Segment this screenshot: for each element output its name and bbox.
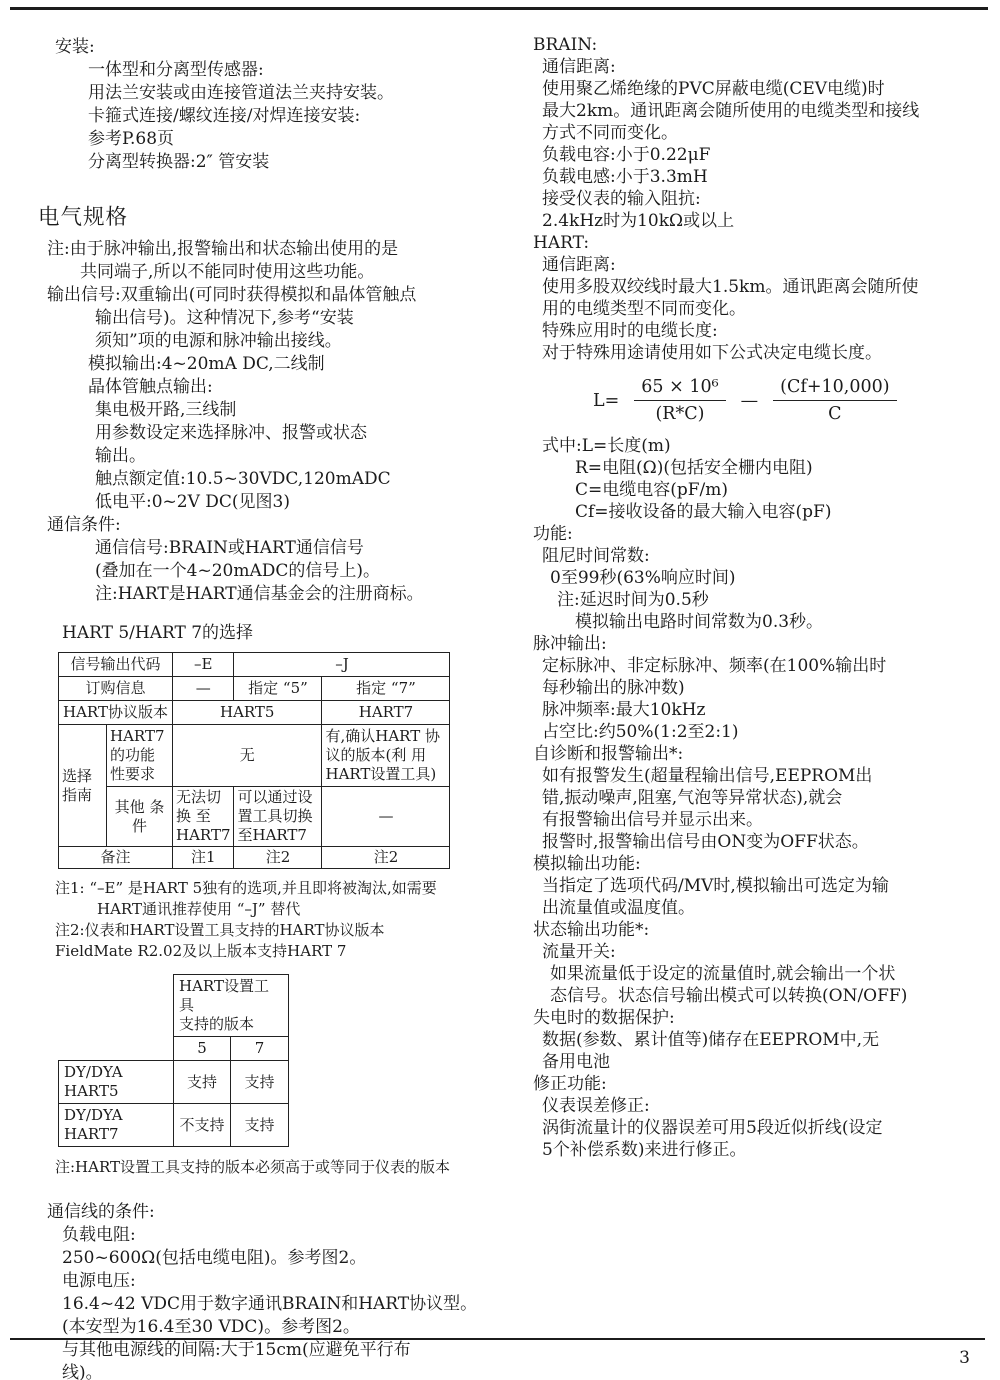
- text-line: 当指定了选项代码/MV时,模拟输出可选定为输: [533, 875, 988, 897]
- text-line: 通信距离:: [533, 254, 988, 276]
- text-line: 如果流量低于设定的流量值时,就会输出一个状: [533, 963, 988, 985]
- table-cell: HART协议版本: [59, 701, 173, 725]
- table-cell: HART7: [322, 701, 450, 725]
- right-column: BRAIN:通信距离:使用聚乙烯绝缘的PVC屏蔽电缆(CEV电缆)时最大2km。…: [533, 34, 988, 1161]
- table-cell: HART7 的功能 性要求: [107, 725, 173, 787]
- text-line: 2.4kHz时为10kΩ或以上: [533, 210, 988, 232]
- text-line: 注:HART是HART通信基金会的注册商标。: [38, 583, 506, 606]
- text-line: 用法兰安装或由连接管道法兰夹持安装。: [38, 82, 506, 105]
- text-line: 低电平:0~2V DC(见图3): [38, 491, 506, 514]
- table-cell: 支持: [231, 1104, 289, 1147]
- document-page: 安装:一体型和分离型传感器:用法兰安装或由连接管道法兰夹持安装。卡箍式连接/螺纹…: [0, 0, 1000, 1380]
- table-cell: DY/DYA HART7: [59, 1104, 174, 1147]
- formula-denominator: (R*C): [655, 401, 704, 424]
- table-cell: 不支持: [174, 1104, 231, 1147]
- table-cell: 指定 “7”: [322, 677, 450, 701]
- text-line: 模拟输出功能:: [533, 853, 988, 875]
- table-cell: 无法切换 至HART7: [173, 787, 234, 847]
- text-line: 有报警输出信号并显示出来。: [533, 809, 988, 831]
- text-line: 分离型转换器:2″ 管安装: [38, 151, 506, 174]
- text-line: 注2:仪表和HART设置工具支持的HART协议版本: [55, 920, 506, 941]
- table-cell: –J: [234, 653, 450, 677]
- text-line: 错,振动噪声,阻塞,气泡等异常状态),就会: [533, 787, 988, 809]
- text-line: 流量开关:: [533, 941, 988, 963]
- text-line: 使用聚乙烯绝缘的PVC屏蔽电缆(CEV电缆)时: [533, 78, 988, 100]
- table-cell: 有,确认HART 协议的版本(利 用HART设置工具): [322, 725, 450, 787]
- text-line: 通信条件:: [38, 514, 506, 537]
- hart-selection-table: 信号输出代码 –E –J 订购信息 — 指定 “5” 指定 “7” HART协议…: [58, 652, 450, 869]
- formula-numerator: (Cf+10,000): [773, 377, 896, 401]
- table-cell: —: [322, 787, 450, 847]
- top-rule: [10, 7, 988, 10]
- table-cell: DY/DYA HART5: [59, 1061, 174, 1104]
- text-line: 触点额定值:10.5~30VDC,120mADC: [38, 468, 506, 491]
- text-line: 晶体管触点输出:: [38, 376, 506, 399]
- table-cell: 选择指南: [59, 725, 107, 847]
- text-line: 自诊断和报警输出*:: [533, 743, 988, 765]
- text-line: Cf=接收设备的最大输入电容(pF): [533, 501, 988, 523]
- text-line: 共同端子,所以不能同时使用这些功能。: [38, 261, 506, 284]
- text-line: 方式不同而变化。: [533, 122, 988, 144]
- text-line: 与其他电源线的间隔:大于15cm(应避免平行布: [38, 1339, 506, 1362]
- cable-length-formula: L= 65 × 10⁶ (R*C) — (Cf+10,000) C: [593, 377, 988, 424]
- text-line: 使用多股双绞线时最大1.5km。通讯距离会随所使: [533, 276, 988, 298]
- table-cell: 备注: [59, 847, 173, 869]
- comm-line-conditions-section: 通信线的条件:负载电阻:250~600Ω(包括电缆电阻)。参考图2。电源电压:1…: [38, 1201, 506, 1380]
- text-line: 模拟输出:4~20mA DC,二线制: [38, 353, 506, 376]
- table-cell: 指定 “5”: [234, 677, 322, 701]
- text-line: 功能:: [533, 523, 988, 545]
- electrical-spec-section: 注:由于脉冲输出,报警输出和状态输出使用的是共同端子,所以不能同时使用这些功能。…: [38, 238, 506, 606]
- text-line: 脉冲输出:: [533, 633, 988, 655]
- table-cell-empty: [59, 1037, 174, 1061]
- text-line: 注1: “–E” 是HART 5独有的选项,并且即将被淘汰,如需要: [55, 878, 506, 899]
- text-line: 定标脉冲、非定标脉冲、频率(在100%输出时: [533, 655, 988, 677]
- text-line: R=电阻(Ω)(包括安全栅内电阻): [533, 457, 988, 479]
- text-line: 通信信号:BRAIN或HART通信信号: [38, 537, 506, 560]
- formula-lhs: L=: [593, 391, 619, 411]
- table-cell: 支持: [174, 1061, 231, 1104]
- table-cell: HART5: [173, 701, 322, 725]
- text-line: 通信距离:: [533, 56, 988, 78]
- table2-note: 注:HART设置工具支持的版本必须高于或等同于仪表的版本: [55, 1156, 506, 1177]
- text-line: (叠加在一个4~20mADC的信号上)。: [38, 560, 506, 583]
- left-column: 安装:一体型和分离型传感器:用法兰安装或由连接管道法兰夹持安装。卡箍式连接/螺纹…: [38, 36, 506, 1380]
- electrical-spec-heading: 电气规格: [38, 200, 506, 231]
- text-line: 脉冲频率:最大10kHz: [533, 699, 988, 721]
- text-line: 线)。: [38, 1362, 506, 1380]
- text-line: 用的电缆类型不同而变化。: [533, 298, 988, 320]
- text-line: 250~600Ω(包括电缆电阻)。参考图2。: [38, 1247, 506, 1270]
- table-header-line: HART设置工具: [179, 977, 283, 1015]
- text-line: 失电时的数据保护:: [533, 1007, 988, 1029]
- text-line: 修正功能:: [533, 1073, 988, 1095]
- formula-fraction-2: (Cf+10,000) C: [773, 377, 896, 424]
- table-cell: 其他 条件: [107, 787, 173, 847]
- text-line: 注:由于脉冲输出,报警输出和状态输出使用的是: [38, 238, 506, 261]
- text-line: 对于特殊用途请使用如下公式决定电缆长度。: [533, 342, 988, 364]
- text-line: FieldMate R2.02及以上版本支持HART 7: [55, 941, 506, 962]
- table-cell: 支持: [231, 1061, 289, 1104]
- hart-selection-table-title: HART 5/HART 7的选择: [62, 618, 506, 643]
- table-cell: 注2: [234, 847, 322, 869]
- text-line: 模拟输出电路时间常数为0.3秒。: [533, 611, 988, 633]
- text-line: 输出信号)。这种情况下,参考“安装: [38, 307, 506, 330]
- text-line: 电源电压:: [38, 1270, 506, 1293]
- text-line: 占空比:约50%(1:2至2:1): [533, 721, 988, 743]
- text-line: 阻尼时间常数:: [533, 545, 988, 567]
- text-line: 式中:L=长度(m): [533, 435, 988, 457]
- text-line: 输出。: [38, 445, 506, 468]
- text-line: HART:: [533, 232, 988, 254]
- text-line: 负载电阻:: [38, 1224, 506, 1247]
- table-cell: 5: [174, 1037, 231, 1061]
- table-header-line: 支持的版本: [179, 1015, 283, 1034]
- table-cell: 注2: [322, 847, 450, 869]
- bottom-rule: [10, 1338, 985, 1340]
- text-line: 最大2km。通讯距离会随所使用的电缆类型和接线: [533, 100, 988, 122]
- functions-section: 式中:L=长度(m)R=电阻(Ω)(包括安全栅内电阻)C=电缆电容(pF/m)C…: [533, 435, 988, 1161]
- text-line: 卡箍式连接/螺纹连接/对焊连接安装:: [38, 105, 506, 128]
- table-cell-empty: [59, 975, 174, 1037]
- text-line: 一体型和分离型传感器:: [38, 59, 506, 82]
- text-line: 特殊应用时的电缆长度:: [533, 320, 988, 342]
- text-line: (本安型为16.4至30 VDC)。参考图2。: [38, 1316, 506, 1339]
- page-number: 3: [959, 1348, 970, 1368]
- table-cell: 订购信息: [59, 677, 173, 701]
- text-line: C=电缆电容(pF/m): [533, 479, 988, 501]
- text-line: 安装:: [38, 36, 506, 59]
- text-line: 数据(参数、累计值等)储存在EEPROM中,无: [533, 1029, 988, 1051]
- text-line: 16.4~42 VDC用于数字通讯BRAIN和HART协议型。: [38, 1293, 506, 1316]
- text-line: 0至99秒(63%响应时间): [533, 567, 988, 589]
- text-line: 接受仪表的输入阻抗:: [533, 188, 988, 210]
- text-line: 负载电容:小于0.22μF: [533, 144, 988, 166]
- text-line: 输出信号:双重输出(可同时获得模拟和晶体管触点: [38, 284, 506, 307]
- text-line: 用参数设定来选择脉冲、报警或状态: [38, 422, 506, 445]
- table-cell: 可以通过设 置工具切换 至HART7: [234, 787, 322, 847]
- text-line: 通信线的条件:: [38, 1201, 506, 1224]
- text-line: 状态输出功能*:: [533, 919, 988, 941]
- table-cell: 注1: [173, 847, 234, 869]
- text-line: 出流量值或温度值。: [533, 897, 988, 919]
- formula-fraction-1: 65 × 10⁶ (R*C): [634, 377, 725, 424]
- formula-numerator: 65 × 10⁶: [634, 377, 725, 401]
- table-cell: 无: [173, 725, 322, 787]
- text-line: 负载电感:小于3.3mH: [533, 166, 988, 188]
- text-line: 备用电池: [533, 1051, 988, 1073]
- table-cell: 7: [231, 1037, 289, 1061]
- text-line: 仪表误差修正:: [533, 1095, 988, 1117]
- hart-tool-support-table: HART设置工具 支持的版本 5 7 DY/DYA HART5 支持 支持 DY…: [58, 974, 289, 1147]
- formula-denominator: C: [828, 401, 841, 424]
- formula-minus-sign: —: [741, 391, 759, 411]
- text-line: HART通讯推荐使用 “–J” 替代: [55, 899, 506, 920]
- text-line: 如有报警发生(超量程输出信号,EEPROM出: [533, 765, 988, 787]
- table-cell: HART设置工具 支持的版本: [174, 975, 289, 1037]
- text-line: 态信号。状态信号输出模式可以转换(ON/OFF): [533, 985, 988, 1007]
- table-cell: –E: [173, 653, 234, 677]
- table-cell: —: [173, 677, 234, 701]
- text-line: 注:延迟时间为0.5秒: [533, 589, 988, 611]
- text-line: BRAIN:: [533, 34, 988, 56]
- text-line: 涡街流量计的仪器误差可用5段近似折线(设定: [533, 1117, 988, 1139]
- table-cell: 信号输出代码: [59, 653, 173, 677]
- text-line: 集电极开路,三线制: [38, 399, 506, 422]
- text-line: 参考P.68页: [38, 128, 506, 151]
- text-line: 5个补偿系数)来进行修正。: [533, 1139, 988, 1161]
- table1-notes: 注1: “–E” 是HART 5独有的选项,并且即将被淘汰,如需要HART通讯推…: [55, 878, 506, 962]
- text-line: 每秒输出的脉冲数): [533, 677, 988, 699]
- text-line: 报警时,报警输出信号由ON变为OFF状态。: [533, 831, 988, 853]
- brain-hart-section: BRAIN:通信距离:使用聚乙烯绝缘的PVC屏蔽电缆(CEV电缆)时最大2km。…: [533, 34, 988, 364]
- text-line: 须知”项的电源和脉冲输出接线。: [38, 330, 506, 353]
- install-section: 安装:一体型和分离型传感器:用法兰安装或由连接管道法兰夹持安装。卡箍式连接/螺纹…: [38, 36, 506, 174]
